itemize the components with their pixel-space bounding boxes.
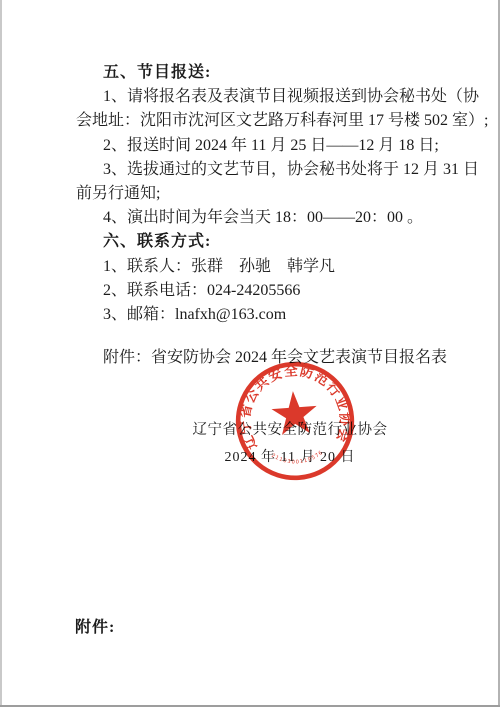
page-edge-left <box>0 0 2 707</box>
doc-line: 4、演出时间为年会当天 18：00——20：00 。 <box>76 206 448 230</box>
doc-line: 会地址：沈阳市沈河区文艺路万科春河里 17 号楼 502 室）; <box>76 109 448 133</box>
svg-text:2110300119576: 2110300119576 <box>270 449 326 467</box>
contact-email-line: 3、邮箱：lnafxh@163.com <box>76 303 448 327</box>
contact-phone-line: 2、联系电话：024-24205566 <box>76 279 448 303</box>
doc-line: 3、选拔通过的文艺节目，协会秘书处将于 12 月 31 日 <box>76 158 448 182</box>
doc-line: 前另行通知; <box>76 182 448 206</box>
section-heading-6: 六、联系方式: <box>76 230 448 254</box>
doc-line: 1、请将报名表及表演节目视频报送到协会秘书处（协 <box>76 85 448 109</box>
document-body: 五、节目报送: 1、请将报名表及表演节目视频报送到协会秘书处（协 会地址：沈阳市… <box>76 61 448 327</box>
contact-person-line: 1、联系人：张群 孙驰 韩学凡 <box>76 255 448 279</box>
footer-attachment-label: 附件: <box>75 614 115 637</box>
official-seal: 辽宁省公共安全防范行业协会 2110300119576 <box>229 355 361 487</box>
document-page: { "page": { "background": "#ffffff", "ed… <box>0 0 500 707</box>
section-heading-5: 五、节目报送: <box>76 61 448 85</box>
seal-serial-number: 2110300119576 <box>270 449 326 467</box>
doc-line: 2、报送时间 2024 年 11 月 25 日——12 月 18 日; <box>76 134 448 158</box>
star-icon <box>270 390 318 436</box>
